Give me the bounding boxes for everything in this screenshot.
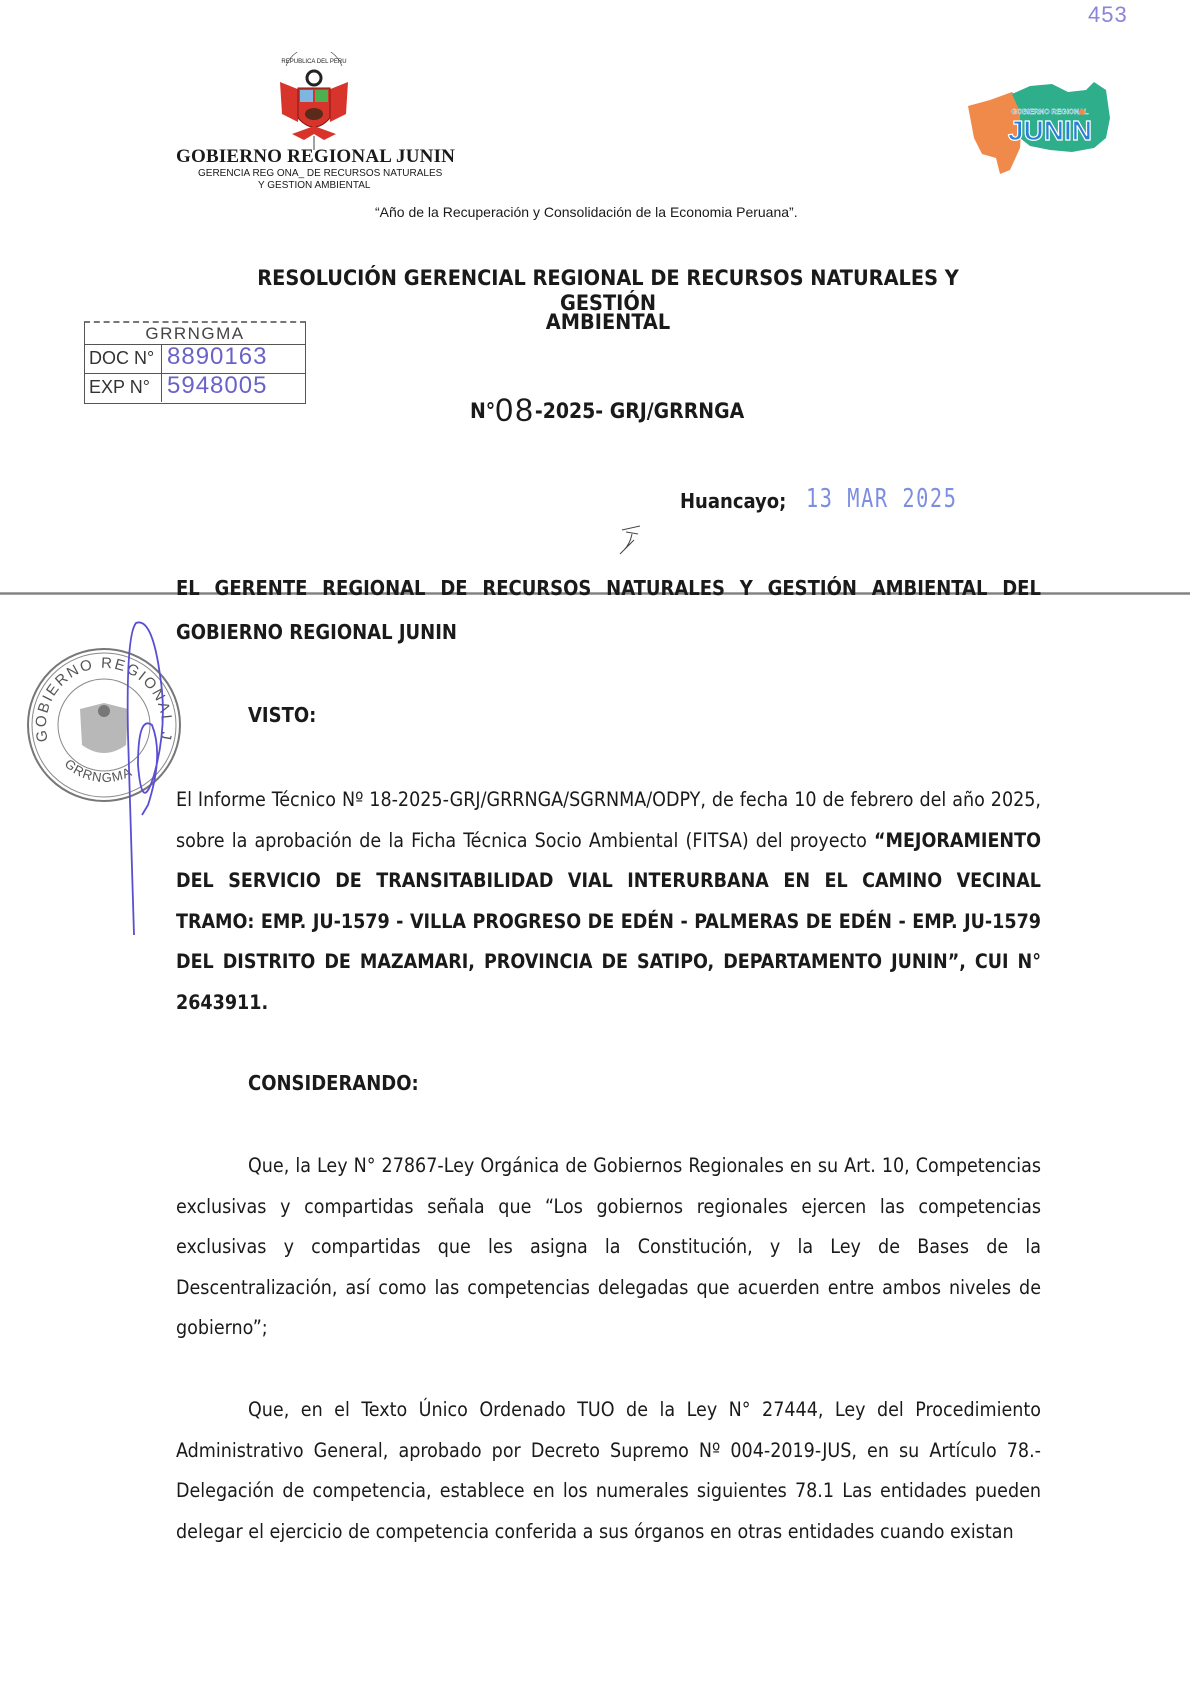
resolution-number-suffix: -2025- GRJ/GRRNGA	[535, 399, 744, 423]
reception-stamp: GRRNGMA DOC N° 8890163 EXP N° 5948005	[84, 321, 306, 404]
exp-number-label: EXP N°	[89, 377, 150, 398]
resolution-number: N°08-2025- GRJ/GRRNGA	[470, 392, 744, 429]
project-name: “MEJORAMIENTO DEL SERVICIO DE TRANSITABI…	[176, 829, 1041, 1014]
considerando-paragraph-1: Que, la Ley N° 27867-Ley Orgánica de Gob…	[176, 1146, 1041, 1349]
junin-regional-logo-icon: GOBIERNO REGIONAL JUNIN	[960, 78, 1120, 178]
doc-number-value: 8890163	[167, 343, 267, 371]
considerando-paragraph-2: Que, en el Texto Único Ordenado TUO de l…	[176, 1390, 1041, 1552]
authority-line2: GOBIERNO REGIONAL JUNIN	[176, 620, 457, 644]
initials-scribble-icon	[612, 520, 652, 560]
document-title-line1: RESOLUCIÓN GERENCIAL REGIONAL DE RECURSO…	[235, 266, 981, 316]
doc-number-label: DOC N°	[89, 348, 154, 369]
handwritten-page-number: 453	[1088, 2, 1128, 28]
svg-text:REPUBLICA DEL PERU: REPUBLICA DEL PERU	[281, 59, 346, 65]
exp-number-value: 5948005	[167, 372, 267, 400]
visto-heading: VISTO:	[248, 703, 316, 727]
place: Huancayo;	[680, 489, 786, 513]
organization-name: GOBIERNO REGIONAL JUNIN	[176, 146, 455, 168]
resolution-number-value: 08	[495, 392, 535, 428]
resolution-number-prefix: N°	[470, 399, 495, 423]
year-motto: “Año de la Recuperación y Consolidación …	[375, 204, 798, 220]
document-title-line2: AMBIENTAL	[235, 310, 981, 335]
department-name-line2: Y GESTION AMBIENTAL	[258, 180, 370, 191]
visto-paragraph: El Informe Técnico Nº 18-2025-GRJ/GRRNGA…	[176, 780, 1041, 1024]
peru-coat-of-arms-icon: REPUBLICA DEL PERU	[272, 52, 356, 152]
authority-line1: ELGERENTEREGIONALDERECURSOSNATURALESYGES…	[176, 576, 1041, 600]
svg-text:JUNIN: JUNIN	[1008, 115, 1092, 146]
stamp-header: GRRNGMA	[85, 324, 305, 344]
considerando-heading: CONSIDERANDO:	[248, 1071, 419, 1095]
department-name-line1: GERENCIA REG ONA_ DE RECURSOS NATURALES	[198, 168, 442, 179]
date-stamp: 13 MAR 2025	[806, 484, 957, 514]
